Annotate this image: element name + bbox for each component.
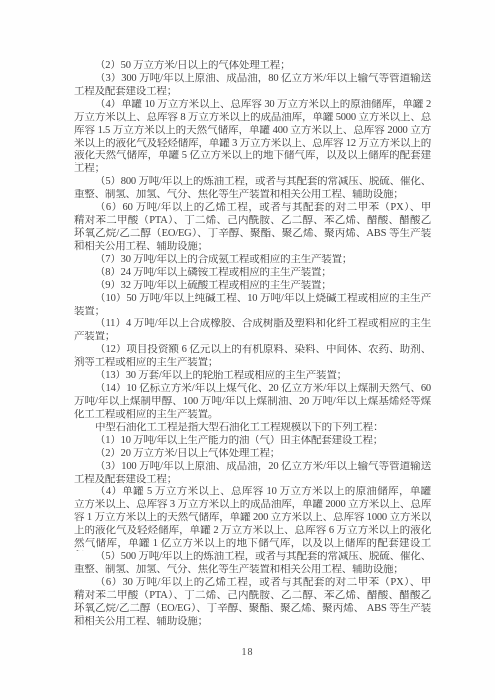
text-line: 万立方米以上、总库容 8 万立方米以上的成品油库，单罐 5000 立方米以上、总 (74, 112, 431, 125)
text-line: 剂等工程或相应的主生产装置； (74, 357, 431, 370)
text-line: 容 1 万立方米以上的天然气储库，单罐 200 立方米以上、总库容 1000 立… (74, 512, 431, 525)
page-number: 18 (0, 647, 495, 658)
text-line: 重整、制氢、加氢、气分、焦化等生产装置和相关公用工程、辅助设施； (74, 564, 431, 577)
text-line: 上的液化气及轻烃储库，单罐 2 万立方米以上、总库容 6 万立方米以上的液化天 (74, 525, 431, 538)
text-line: （4）单罐 5 万立方米以上、总库容 10 万立方米以上的原油储库，单罐 500… (74, 486, 431, 499)
text-line: 万吨/年以上煤制甲醇、100 万吨/年以上煤制油、20 万吨/年以上煤基烯烃等煤 (74, 396, 431, 409)
text-line: （2）50 万立方米/日以上的气体处理工程； (74, 60, 431, 73)
text-line: （12）项目投资额 6 亿元以上的有机原料、染料、中间体、农药、助剂、试 (74, 344, 431, 357)
text-line: 重整、制氢、加氢、气分、焦化等生产装置和相关公用工程、辅助设施； (74, 189, 431, 202)
text-line: （8）24 万吨/年以上磷铵工程或相应的主生产装置； (74, 267, 431, 280)
text-line: 环氧乙烷/乙二醇（EO/EG）、丁辛醇、聚酯、聚乙烯、聚丙烯、ABS 等生产装置 (74, 228, 431, 241)
text-line: （7）30 万吨/年以上的合成氨工程或相应的主生产装置； (74, 254, 431, 267)
text-line: （6）30 万吨/年以上的乙烯工程，或者与其配套的对二甲苯（PX）、甲醇、 (74, 577, 431, 590)
text-line: （6）60 万吨/年以上的乙烯工程，或者与其配套的对二甲苯（PX）、甲醇、 (74, 202, 431, 215)
text-line: 装置； (74, 306, 431, 319)
text-line: （13）30 万套/年以上的轮胎工程或相应的主生产装置； (74, 370, 431, 383)
text-line: （11）4 万吨/年以上合成橡胶、合成树脂及塑料和化纤工程或相应的主生 (74, 318, 431, 331)
text-line: 工程及配套建设工程； (74, 474, 431, 487)
text-line: （10）50 万吨/年以上纯碱工程、10 万吨/年以上烧碱工程或相应的主生产 (74, 293, 431, 306)
text-line: （14）10 亿标立方米/年以上煤气化、20 亿立方米/年以上煤制天然气、60 (74, 383, 431, 396)
text-line: （3）300 万吨/年以上原油、成品油，80 亿立方米/年以上输气等管道输送 (74, 73, 431, 86)
text-line: 环氧乙烷/乙二醇（EO/EG）、丁辛醇、聚酯、聚乙烯、聚丙烯、 ABS 等生产装… (74, 603, 431, 616)
text-line: （5）500 万吨/年以上的炼油工程，或者与其配套的常减压、脱硫、催化、 (74, 551, 431, 564)
text-line: （2）20 万立方米/日以上气体处理工程； (74, 448, 431, 461)
text-line: 立方米以上、总库容 3 万立方米以上的成品油库，单罐 2000 立方米以上、总库 (74, 499, 431, 512)
text-line: （9）32 万吨/年以上硫酸工程或相应的主生产装置； (74, 280, 431, 293)
document-page: （2）50 万立方米/日以上的气体处理工程；（3）300 万吨/年以上原油、成品… (0, 0, 495, 700)
text-line: 液化天然气储库，单罐 5 亿立方米以上的地下储气库，以及以上储库的配套建设 (74, 150, 431, 163)
text-line: 精对苯二甲酸（PTA）、丁二烯、己内酰胺、乙二醇、苯乙烯、醋酸、醋酸乙烯、 (74, 215, 431, 228)
text-line: （1）10 万吨/年以上生产能力的油（气）田主体配套建设工程； (74, 435, 431, 448)
text-line: 工程； (74, 163, 431, 176)
text-line: （5）800 万吨/年以上的炼油工程，或者与其配套的常减压、脱硫、催化、 (74, 176, 431, 189)
text-line: 然气储库，单罐 1 亿立方米以上的地下储气库，以及以上储库的配套建设工程； (74, 538, 431, 551)
text-line: 产装置； (74, 331, 431, 344)
text-line: 米以上的液化气及轻烃储库，单罐 3 万立方米以上、总库容 12 万立方米以上的 (74, 138, 431, 151)
text-line: 和相关公用工程、辅助设施； (74, 241, 431, 254)
text-line: 库容 1.5 万立方米以上的天然气储库，单罐 400 立方米以上、总库容 200… (74, 125, 431, 138)
text-line: 化工工程或相应的主生产装置。 (74, 409, 431, 422)
text-line: 和相关公用工程、辅助设施； (74, 616, 431, 629)
text-line: 工程及配套建设工程； (74, 86, 431, 99)
text-line: 中型石油化工工程是指大型石油化工工程规模以下的下列工程： (74, 422, 431, 435)
text-line: （3）100 万吨/年以上原油、成品油，20 亿立方米/年以上输气等管道输送 (74, 461, 431, 474)
text-line: 精对苯二甲酸（PTA）、丁二烯、己内酰胺、乙二醇、苯乙烯、醋酸、醋酸乙烯、 (74, 590, 431, 603)
text-line: （4）单罐 10 万立方米以上、总库容 30 万立方米以上的原油储库，单罐 2 (74, 99, 431, 112)
document-text-block: （2）50 万立方米/日以上的气体处理工程；（3）300 万吨/年以上原油、成品… (74, 60, 431, 629)
